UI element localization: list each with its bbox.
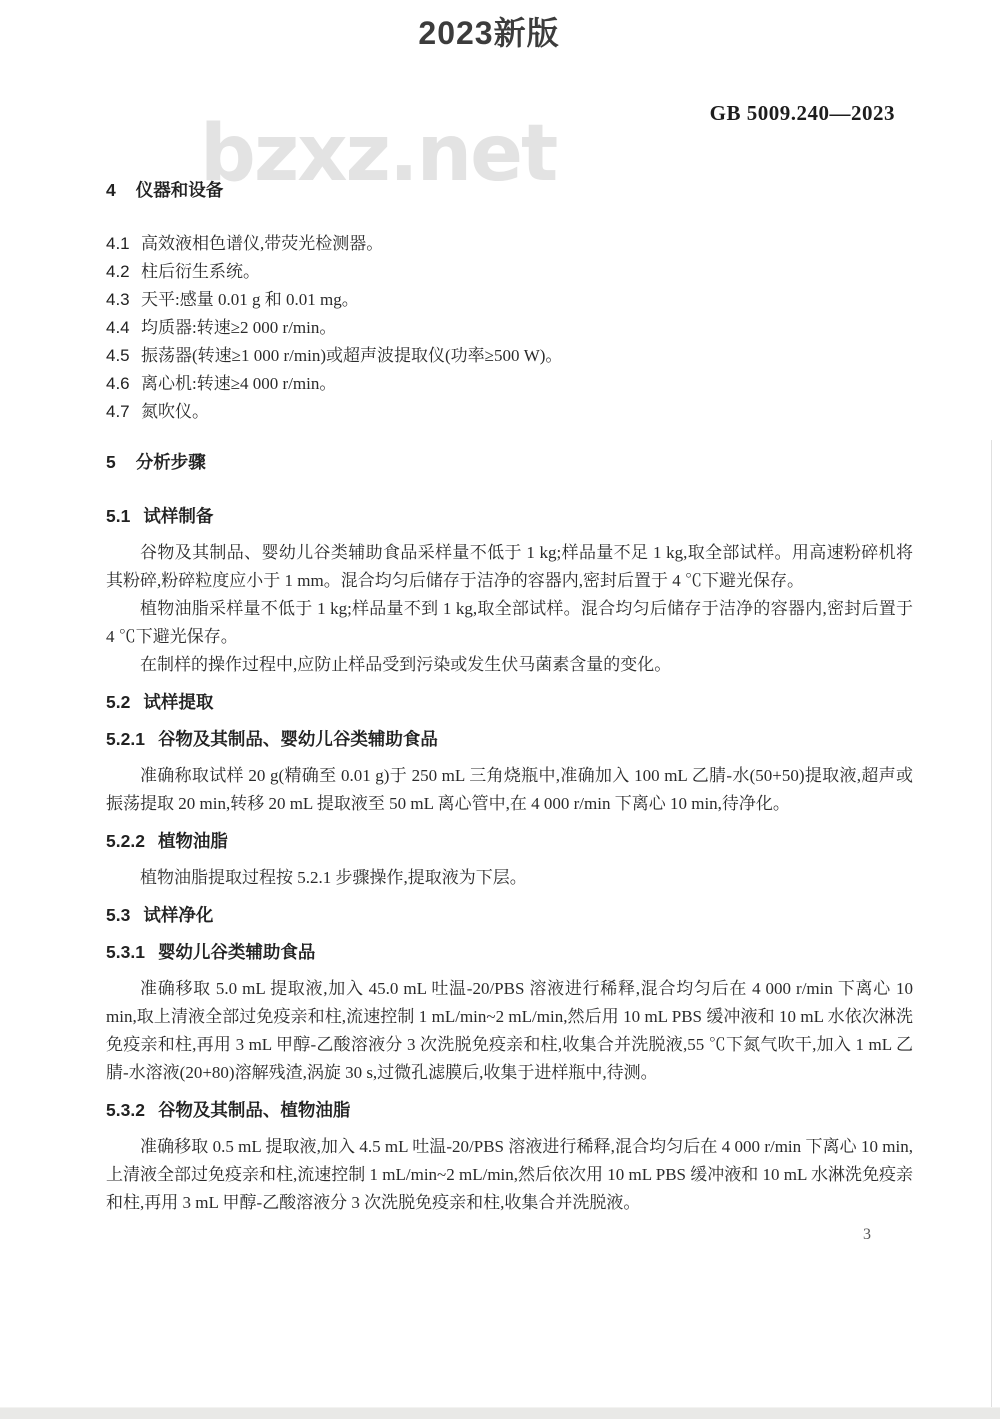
paragraph: 准确称取试样 20 g(精确至 0.01 g)于 250 mL 三角烧瓶中,准确… [106, 762, 913, 818]
document-page: 2023新版 GB 5009.240—2023 bzxz.net 4仪器和设备4… [0, 0, 1000, 1419]
clause-number: 4.3 [106, 286, 141, 314]
paragraph: 准确移取 5.0 mL 提取液,加入 45.0 mL 吐温-20/PBS 溶液进… [106, 975, 913, 1087]
section-title: 试样提取 [143, 692, 213, 712]
clause-item-4.3: 4.3天平:感量 0.01 g 和 0.01 mg。 [106, 286, 913, 314]
section-number: 5.3.2 [106, 1100, 145, 1120]
section-heading-5.2.2: 5.2.2植物油脂 [106, 827, 913, 855]
section-title: 谷物及其制品、植物油脂 [158, 1100, 351, 1120]
section-title: 婴幼儿谷类辅助食品 [158, 942, 316, 962]
section-heading-5.3.1: 5.3.1婴幼儿谷类辅助食品 [106, 938, 913, 966]
bottom-edge-bar [0, 1407, 1000, 1419]
section-title: 谷物及其制品、婴幼儿谷类辅助食品 [158, 729, 438, 749]
paragraph: 在制样的操作过程中,应防止样品受到污染或发生伏马菌素含量的变化。 [106, 651, 913, 679]
paragraph: 准确移取 0.5 mL 提取液,加入 4.5 mL 吐温-20/PBS 溶液进行… [106, 1133, 913, 1217]
clause-number: 4.4 [106, 314, 141, 342]
scan-edge-line [991, 440, 992, 1408]
clause-item-4.6: 4.6离心机:转速≥4 000 r/min。 [106, 370, 913, 398]
section-heading-5.3.2: 5.3.2谷物及其制品、植物油脂 [106, 1096, 913, 1124]
section-heading-5.1: 5.1试样制备 [106, 502, 913, 530]
section-number: 5.2.1 [106, 729, 145, 749]
section-title: 分析步骤 [136, 452, 206, 472]
section-title: 试样净化 [143, 905, 213, 925]
clause-text: 离心机:转速≥4 000 r/min。 [141, 374, 336, 393]
clause-item-4.4: 4.4均质器:转速≥2 000 r/min。 [106, 314, 913, 342]
clause-number: 4.2 [106, 258, 141, 286]
clause-item-4.5: 4.5振荡器(转速≥1 000 r/min)或超声波提取仪(功率≥500 W)。 [106, 342, 913, 370]
clause-number: 4.1 [106, 230, 141, 258]
section-number: 5.3 [106, 905, 130, 925]
section-title: 仪器和设备 [136, 180, 224, 200]
clause-item-list: 4.1高效液相色谱仪,带荧光检测器。4.2柱后衍生系统。4.3天平:感量 0.0… [106, 230, 913, 426]
section-title: 试样制备 [143, 506, 213, 526]
clause-item-4.7: 4.7氮吹仪。 [106, 398, 913, 426]
section-title: 植物油脂 [158, 831, 228, 851]
section-heading-4: 4仪器和设备 [106, 176, 913, 204]
clause-item-4.2: 4.2柱后衍生系统。 [106, 258, 913, 286]
clause-item-4.1: 4.1高效液相色谱仪,带荧光检测器。 [106, 230, 913, 258]
document-body: 4仪器和设备4.1高效液相色谱仪,带荧光检测器。4.2柱后衍生系统。4.3天平:… [106, 154, 913, 1249]
section-number: 5.1 [106, 506, 130, 526]
clause-text: 天平:感量 0.01 g 和 0.01 mg。 [141, 290, 359, 309]
clause-number: 4.7 [106, 398, 141, 426]
section-heading-5.3: 5.3试样净化 [106, 901, 913, 929]
paragraph: 植物油脂提取过程按 5.2.1 步骤操作,提取液为下层。 [106, 864, 913, 892]
section-heading-5: 5分析步骤 [106, 448, 913, 476]
clause-text: 柱后衍生系统。 [141, 262, 260, 281]
section-number: 5.3.1 [106, 942, 145, 962]
clause-text: 振荡器(转速≥1 000 r/min)或超声波提取仪(功率≥500 W)。 [141, 346, 562, 365]
clause-text: 氮吹仪。 [141, 402, 209, 421]
clause-text: 高效液相色谱仪,带荧光检测器。 [141, 234, 383, 253]
page-number: 3 [106, 1221, 913, 1249]
clause-text: 均质器:转速≥2 000 r/min。 [141, 318, 336, 337]
edition-title: 2023新版 [0, 8, 978, 54]
clause-number: 4.5 [106, 342, 141, 370]
section-number: 5.2.2 [106, 831, 145, 851]
section-number: 5 [106, 452, 116, 472]
standard-number: GB 5009.240—2023 [710, 101, 895, 126]
paragraph: 谷物及其制品、婴幼儿谷类辅助食品采样量不低于 1 kg;样品量不足 1 kg,取… [106, 539, 913, 595]
section-number: 4 [106, 180, 116, 200]
section-heading-5.2.1: 5.2.1谷物及其制品、婴幼儿谷类辅助食品 [106, 725, 913, 753]
section-heading-5.2: 5.2试样提取 [106, 688, 913, 716]
paragraph: 植物油脂采样量不低于 1 kg;样品量不到 1 kg,取全部试样。混合均匀后储存… [106, 595, 913, 651]
section-number: 5.2 [106, 692, 130, 712]
clause-number: 4.6 [106, 370, 141, 398]
